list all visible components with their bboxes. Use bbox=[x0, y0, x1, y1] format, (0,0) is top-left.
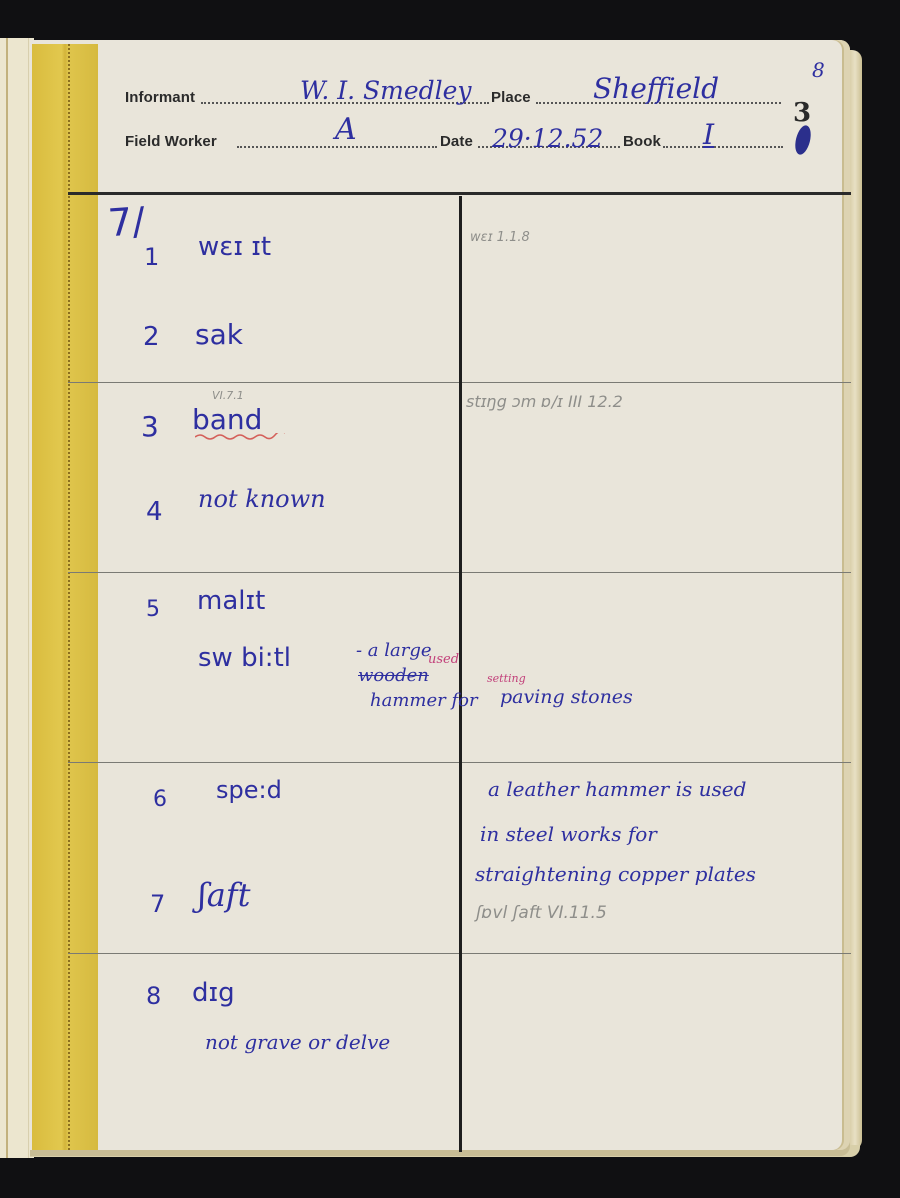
entry-response: wɛɪ ɪt bbox=[198, 232, 271, 262]
informant-value: W. I. Smedley bbox=[300, 76, 472, 105]
red-wavy-underline bbox=[195, 433, 285, 441]
corner-mark: 8 bbox=[812, 58, 825, 82]
entry-number: 6 bbox=[153, 787, 167, 812]
pencil-reference: VI.7.1 bbox=[212, 389, 244, 402]
entry-response: malɪt bbox=[197, 586, 265, 616]
previous-page-edge bbox=[0, 38, 34, 1158]
entry-response: band bbox=[192, 403, 262, 436]
note-line: in steel works for bbox=[480, 822, 657, 846]
red-insertion: used bbox=[428, 652, 459, 667]
entry-alternate-response: sw bi:tl bbox=[198, 643, 291, 673]
field-worker-label: Field Worker bbox=[125, 133, 217, 150]
place-value: Sheffield bbox=[593, 72, 719, 105]
entry-number: 4 bbox=[146, 497, 163, 527]
note-line: straightening copper plates bbox=[475, 862, 756, 886]
entry-response: not known bbox=[198, 485, 326, 513]
date-value: 29·12.52 bbox=[492, 124, 603, 153]
entry-response: dɪg bbox=[192, 978, 235, 1008]
scanned-notebook-page: Informant W. I. Smedley Place Sheffield … bbox=[0, 0, 900, 1198]
entry-number: 8 bbox=[146, 982, 161, 1010]
page-stack-edge bbox=[848, 50, 862, 1150]
gloss-line: paving stones bbox=[500, 686, 633, 708]
gloss-line: - a large bbox=[356, 640, 432, 661]
page-number: 3 bbox=[793, 98, 811, 128]
book-dotted-line bbox=[663, 146, 783, 148]
entry-number: 7 bbox=[150, 890, 165, 918]
red-insertion: setting bbox=[487, 672, 526, 685]
date-label: Date bbox=[440, 133, 473, 150]
entry-response: spe:d bbox=[216, 776, 282, 804]
header-divider bbox=[68, 192, 851, 195]
entry-number: 3 bbox=[141, 410, 159, 443]
entry-response: sak bbox=[195, 318, 243, 351]
entry-number: 1 bbox=[144, 243, 159, 271]
entry-number: 2 bbox=[143, 322, 160, 352]
column-divider bbox=[459, 196, 462, 1152]
place-label: Place bbox=[491, 89, 531, 106]
book-value: I bbox=[703, 118, 714, 151]
book-label: Book bbox=[623, 133, 661, 150]
binding-tape bbox=[32, 44, 98, 1150]
entry-response: ʃaft bbox=[198, 876, 250, 914]
entry-note: not grave or delve bbox=[205, 1030, 390, 1054]
section-marker: 7/ bbox=[107, 199, 147, 245]
gloss-line: wooden bbox=[358, 665, 429, 686]
field-worker-value: A bbox=[335, 112, 357, 147]
pencil-reference: wɛɪ 1.1.8 bbox=[470, 230, 530, 245]
entry-number: 5 bbox=[146, 597, 160, 622]
note-line: a leather hammer is used bbox=[488, 777, 746, 801]
gloss-line: hammer for bbox=[370, 690, 478, 711]
pencil-transcription: stɪŋg ɔm ɒ/ɪ III 12.2 bbox=[466, 392, 623, 411]
informant-label: Informant bbox=[125, 89, 195, 106]
pencil-transcription: ʃɒvl ʃaft VI.11.5 bbox=[476, 903, 607, 923]
